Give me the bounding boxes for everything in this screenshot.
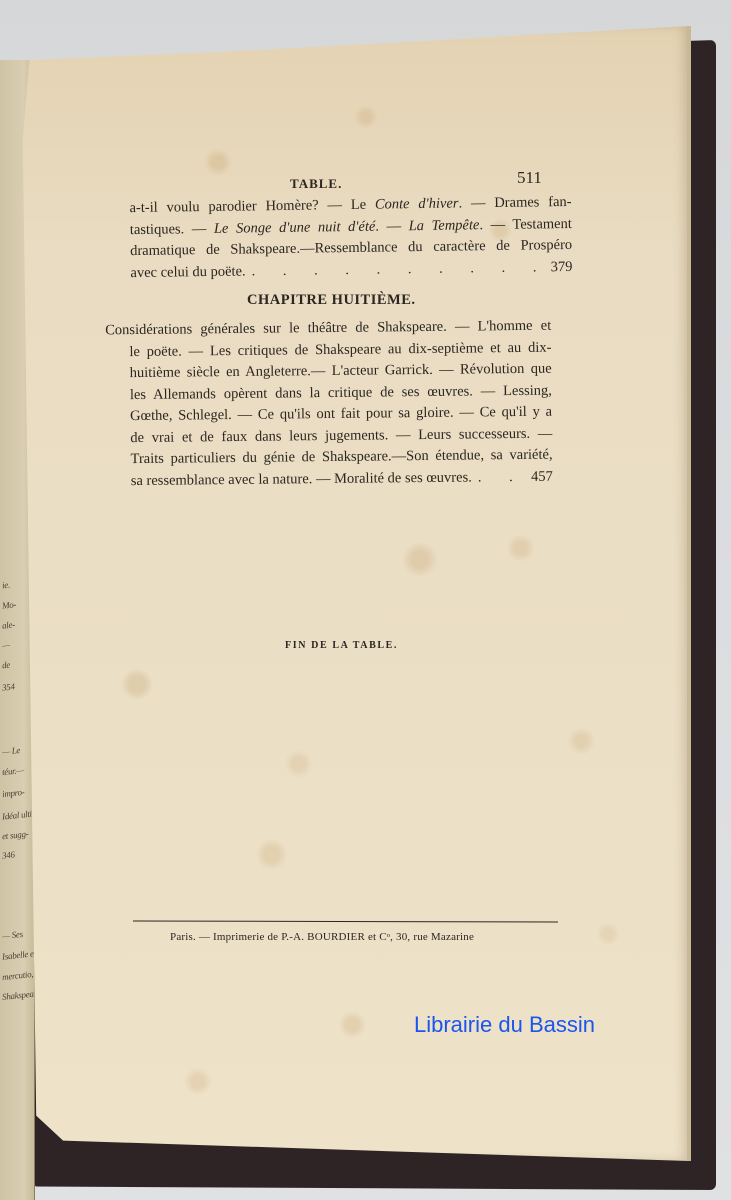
italic-title: Le Songe d'une nuit d'été: [214, 218, 376, 236]
leader-dots: . . . .: [472, 466, 521, 488]
italic-title: La Tempête: [409, 217, 480, 234]
toc-page-ref: 457: [521, 466, 553, 488]
running-head: TABLE.: [290, 176, 342, 192]
page-content: TABLE. 511 a-t-il voulu parodier Homère?…: [0, 0, 731, 1200]
page-number: 511: [517, 168, 542, 188]
toc-page-ref: 379: [541, 256, 573, 278]
chapter-heading: CHAPITRE HUITIÈME.: [247, 292, 416, 309]
printer-imprint: Paris. — Imprimerie de P.-A. BOURDIER et…: [170, 931, 474, 943]
end-of-table-mark: FIN DE LA TABLE.: [285, 640, 398, 651]
toc-entry-chapter-8: Considérations générales sur le théâtre …: [105, 316, 553, 493]
bookseller-watermark: Librairie du Bassin: [414, 1012, 595, 1038]
toc-line-last: sa ressemblance avec la nature. — Morali…: [107, 466, 553, 492]
leader-dots: . . . . . . . . . . . . . . . . . . . . …: [245, 257, 540, 283]
imprint-rule: [133, 920, 558, 922]
italic-title: Conte d'hiver: [375, 195, 459, 212]
toc-entry-chapter-7-end: a-t-il voulu parodier Homère? — Le Conte…: [129, 192, 572, 284]
